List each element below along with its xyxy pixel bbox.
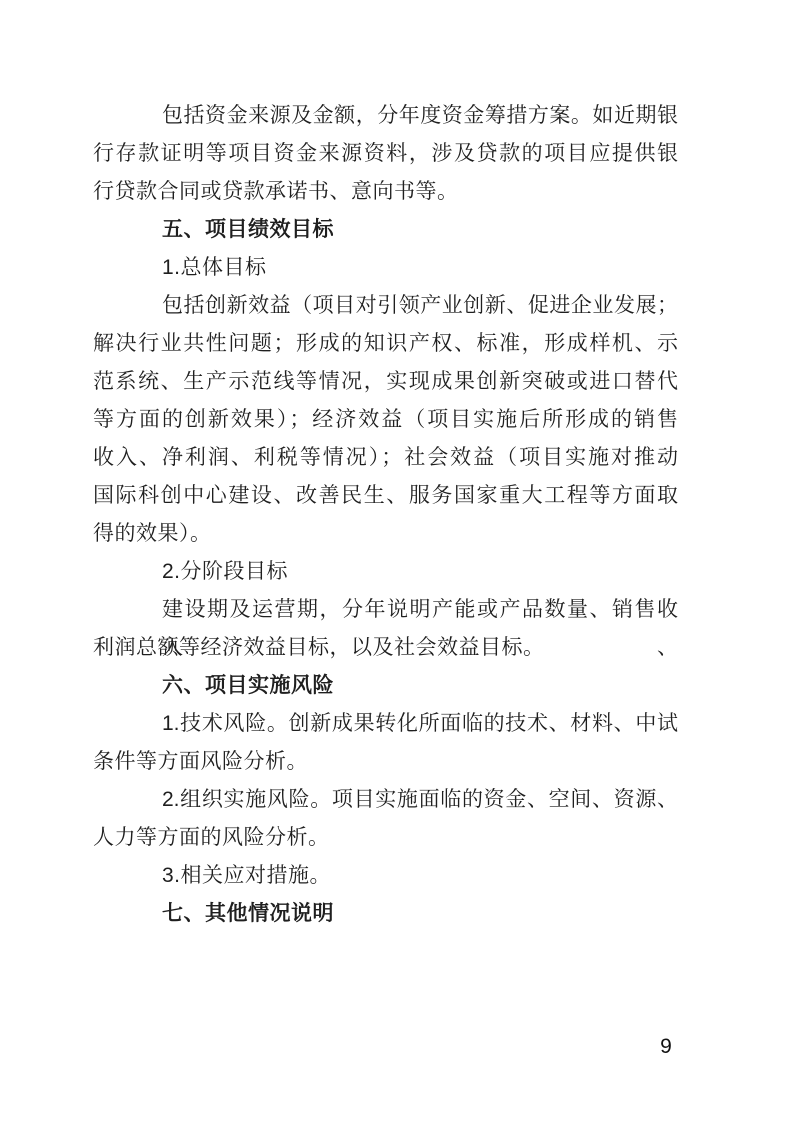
text-line: 1.总体目标: [93, 249, 678, 287]
text-line: 收入、净利润、利税等情况）；社会效益（项目实施对推动: [93, 439, 678, 477]
section-heading: 六、项目实施风险: [93, 667, 678, 705]
text-line: 国际科创中心建设、改善民生、服务国家重大工程等方面取: [93, 477, 678, 515]
section-heading: 七、其他情况说明: [93, 895, 678, 933]
text-line: 1.技术风险。创新成果转化所面临的技术、材料、中试: [93, 705, 678, 743]
text-line: 建设期及运营期，分年说明产能或产品数量、销售收入、: [93, 591, 678, 629]
text-line: 2.组织实施风险。项目实施面临的资金、空间、资源、: [93, 781, 678, 819]
document-body: 包括资金来源及金额，分年度资金筹措方案。如近期银行存款证明等项目资金来源资料，涉…: [93, 97, 678, 933]
text-line: 得的效果）。: [93, 515, 678, 553]
text-line: 包括创新效益（项目对引领产业创新、促进企业发展；: [93, 287, 678, 325]
text-line: 行存款证明等项目资金来源资料，涉及贷款的项目应提供银: [93, 135, 678, 173]
text-line: 解决行业共性问题；形成的知识产权、标准，形成样机、示: [93, 325, 678, 363]
text-line: 范系统、生产示范线等情况，实现成果创新突破或进口替代: [93, 363, 678, 401]
text-line: 2.分阶段目标: [93, 553, 678, 591]
text-line: 3.相关应对措施。: [93, 857, 678, 895]
section-heading: 五、项目绩效目标: [93, 211, 678, 249]
text-line: 包括资金来源及金额，分年度资金筹措方案。如近期银: [93, 97, 678, 135]
page-number: 9: [641, 1032, 691, 1062]
text-line: 行贷款合同或贷款承诺书、意向书等。: [93, 173, 678, 211]
text-line: 等方面的创新效果）；经济效益（项目实施后所形成的销售: [93, 401, 678, 439]
document-page: 包括资金来源及金额，分年度资金筹措方案。如近期银行存款证明等项目资金来源资料，涉…: [0, 0, 793, 1122]
text-line: 人力等方面的风险分析。: [93, 819, 678, 857]
text-line: 条件等方面风险分析。: [93, 743, 678, 781]
